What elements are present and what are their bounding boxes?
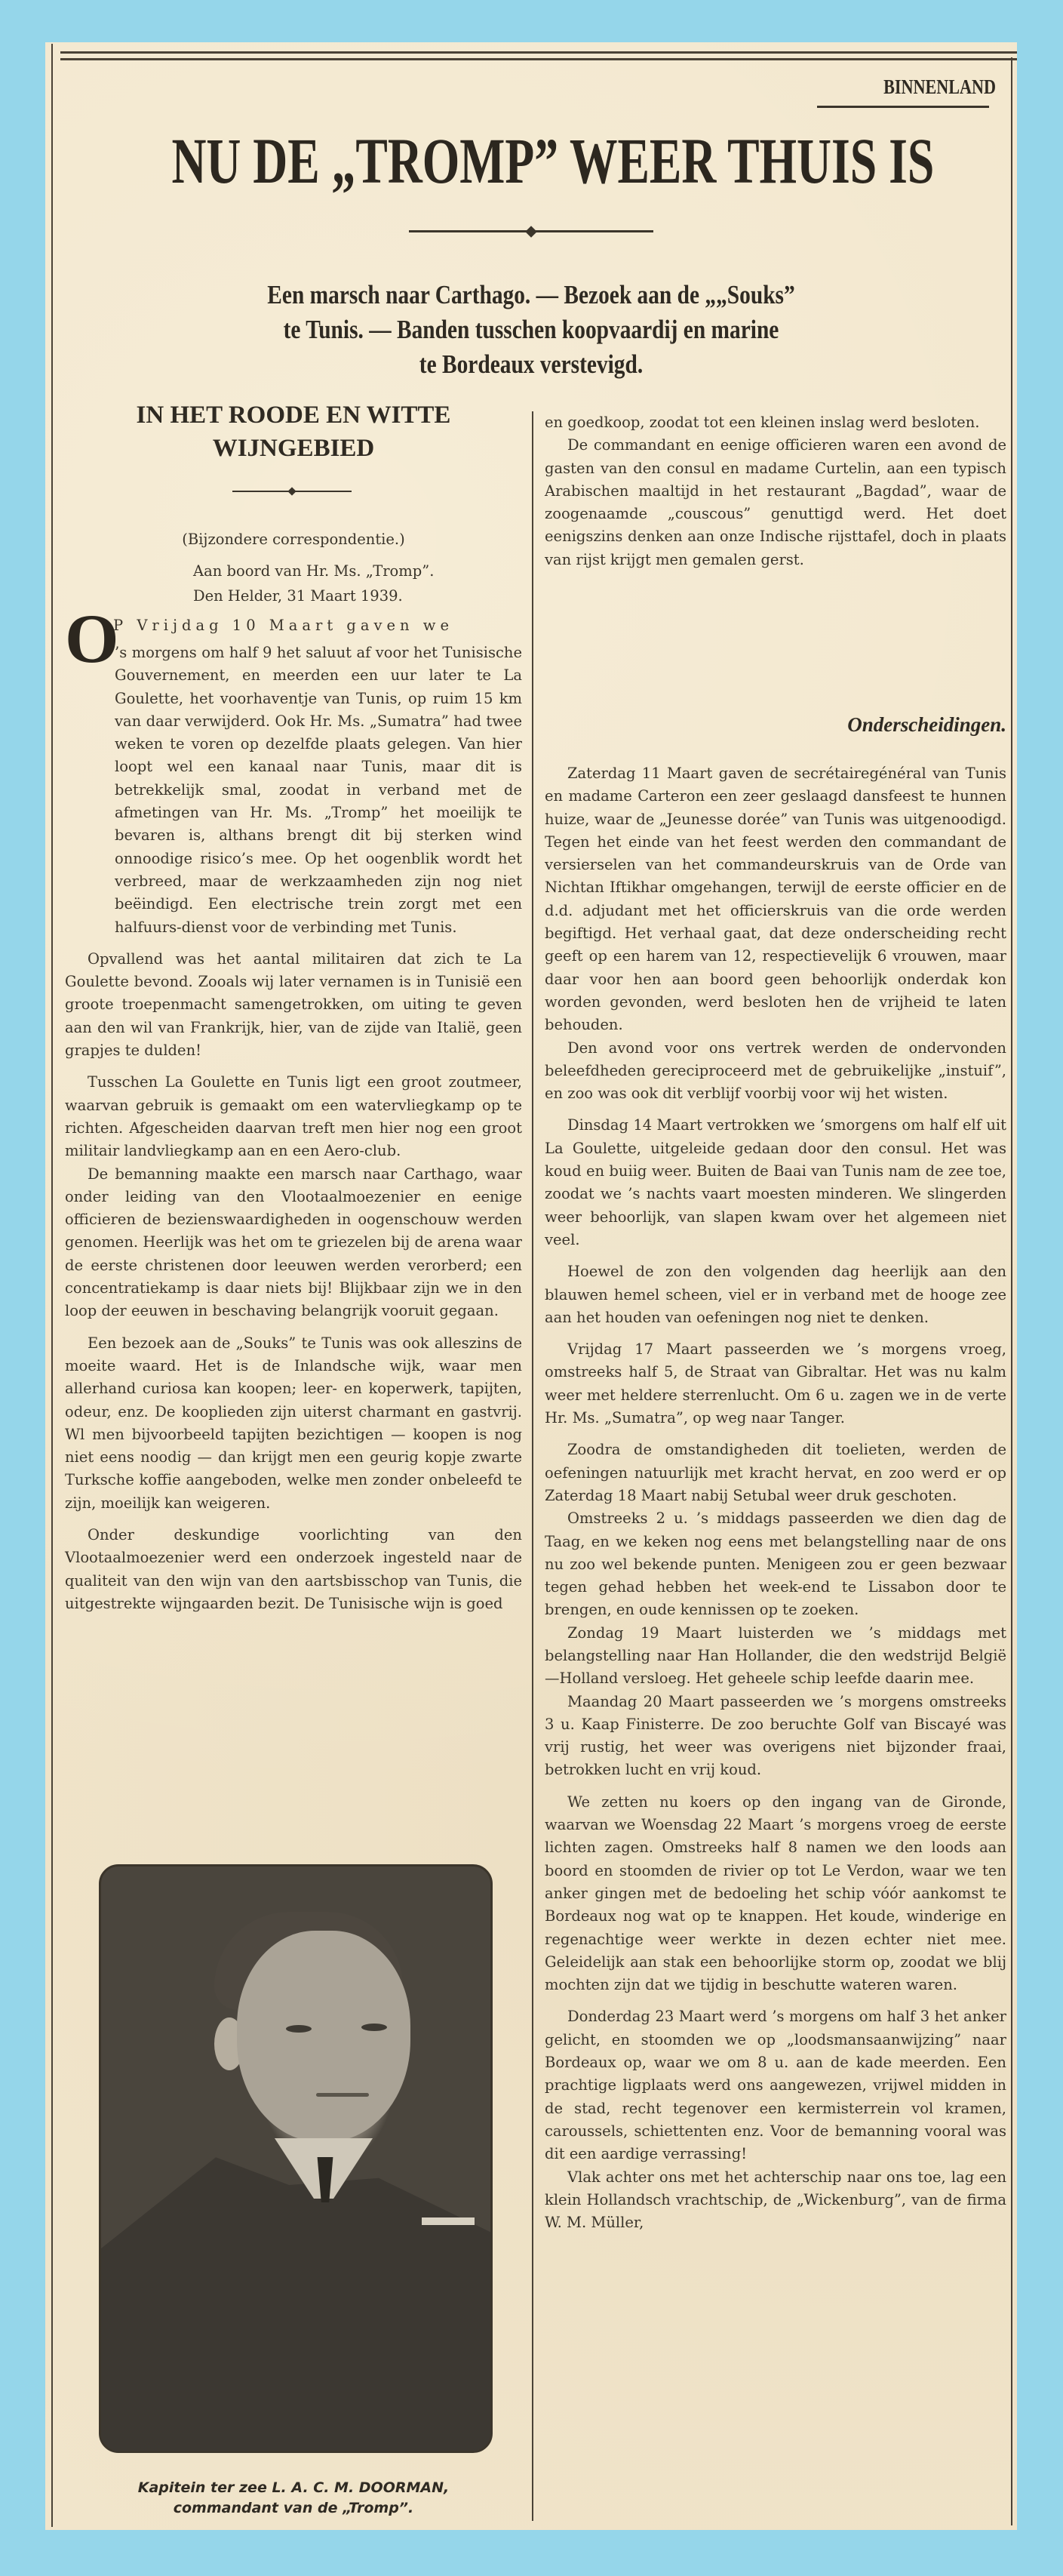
top-double-rule	[60, 51, 1017, 54]
paragraph: Den avond voor ons vertrek werden de ond…	[545, 1037, 1006, 1106]
paragraph: Omstreeks 2 u. ’s middags passeerden we …	[545, 1507, 1006, 1621]
right-border-rule	[1011, 57, 1012, 2525]
paragraph: Een bezoek aan de „Souks” te Tunis was o…	[65, 1332, 522, 1515]
paragraph: Dinsdag 14 Maart vertrokken we ’smorgens…	[545, 1114, 1006, 1251]
paragraph: Zondag 19 Maart luisterden we ’s middags…	[545, 1622, 1006, 1691]
paragraph: Zaterdag 11 Maart gaven de secrétairegén…	[545, 762, 1006, 1037]
lead-paragraph: ’s morgens om half 9 het saluut af voor …	[65, 642, 522, 939]
paragraph: De commandant en eenige officieren waren…	[545, 434, 1006, 571]
lead-first-line: P Vrijdag 10 Maart gaven we	[113, 614, 522, 637]
subheading-line: IN HET ROODE EN WITTE	[65, 399, 522, 432]
paragraph: Vlak achter ons met het achterschip naar…	[545, 2166, 1006, 2235]
subtitle-line: te Bordeaux verstevigd.	[123, 347, 939, 382]
caption-line: Kapitein ter zee L. A. C. M. DOORMAN,	[65, 2478, 522, 2498]
photo-eye	[286, 2025, 312, 2033]
left-border-rule	[51, 44, 53, 2527]
paragraph: en goedkoop, zoodat tot een kleinen insl…	[545, 411, 1006, 434]
photo-face	[237, 1931, 410, 2142]
section-underline	[817, 106, 989, 108]
column-divider	[532, 411, 533, 2521]
subtitle-line: te Tunis. — Banden tusschen koopvaardij …	[123, 312, 939, 347]
headline: NU DE „TROMP” WEER THUIS IS	[171, 128, 890, 193]
photo-medal-ribbon	[422, 2217, 475, 2225]
dateline-line: Den Helder, 31 Maart 1939.	[193, 583, 522, 608]
paragraph: De bemanning maakte een marsch naar Cart…	[65, 1163, 522, 1323]
paragraph: Vrijdag 17 Maart passeerden we ’s morgen…	[545, 1338, 1006, 1430]
paragraph: Maandag 20 Maart passeerden we ’s morgen…	[545, 1691, 1006, 1782]
photo-eye	[361, 2024, 387, 2031]
paragraph: Opvallend was het aantal militairen dat …	[65, 948, 522, 1062]
left-column: ’s morgens om half 9 het saluut af voor …	[65, 642, 522, 1615]
section-label: BINNENLAND	[853, 75, 996, 99]
paragraph: Hoewel de zon den volgenden dag heerlijk…	[545, 1260, 1006, 1329]
paragraph: Tusschen La Goulette en Tunis ligt een g…	[65, 1071, 522, 1162]
portrait-photo	[99, 1864, 493, 2453]
right-column-top: en goedkoop, zoodat tot een kleinen insl…	[545, 411, 1006, 571]
paragraph: We zetten nu koers op den ingang van de …	[545, 1791, 1006, 1997]
paragraph: Onder deskundige voorlichting van den Vl…	[65, 1524, 522, 1615]
byline-source: (Bijzondere correspondentie.)	[65, 528, 537, 551]
subtitle-line: Een marsch naar Carthago. — Bezoek aan d…	[123, 278, 939, 312]
subheading-line: WIJNGEBIED	[65, 432, 522, 465]
subtitle: Een marsch naar Carthago. — Bezoek aan d…	[45, 278, 1017, 382]
paragraph: Zoodra de omstandigheden dit toelieten, …	[545, 1439, 1006, 1507]
right-column: Zaterdag 11 Maart gaven de secrétairegén…	[545, 762, 1006, 2234]
paragraph: Donderdag 23 Maart werd ’s morgens om ha…	[545, 2005, 1006, 2165]
dateline: Aan boord van Hr. Ms. „Tromp”. Den Helde…	[65, 559, 522, 608]
dateline-line: Aan boord van Hr. Ms. „Tromp”.	[193, 559, 522, 583]
section-subhead: Onderscheidingen.	[545, 713, 1006, 737]
photo-caption: Kapitein ter zee L. A. C. M. DOORMAN, co…	[65, 2478, 522, 2519]
photo-mouth	[316, 2093, 369, 2097]
subheading-ornament-rule	[232, 491, 352, 492]
headline-ornament-rule	[409, 230, 653, 232]
article-subheading: IN HET ROODE EN WITTE WIJNGEBIED	[65, 399, 522, 465]
top-double-rule-lower	[60, 58, 1017, 60]
caption-line: commandant van de „Tromp”.	[65, 2498, 522, 2519]
